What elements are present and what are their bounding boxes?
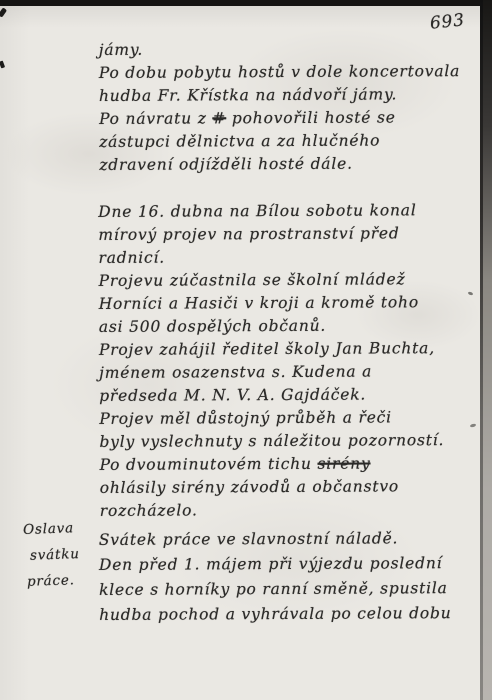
margin-note-line: práce. xyxy=(24,567,81,595)
scan-speck xyxy=(0,61,5,69)
handwritten-line: ohlásily sirény závodů a občanstvo xyxy=(100,475,445,500)
struck-word: # xyxy=(212,109,226,127)
handwritten-line: Svátek práce ve slavnostní náladě. xyxy=(99,526,451,553)
page-edge-line xyxy=(480,0,483,700)
margin-note-line: Oslava xyxy=(23,515,80,543)
handwritten-line: asi 500 dospělých občanů. xyxy=(99,314,444,339)
handwritten-line: klece s horníky po ranní směně, spustila xyxy=(99,576,451,603)
handwritten-line: mírový projev na prostranství před xyxy=(98,222,443,247)
handwritten-line: Projev zahájil ředitel školy Jan Buchta, xyxy=(99,337,444,362)
page-number: 693 xyxy=(429,10,466,34)
handwritten-line: jménem osazenstva s. Kudena a xyxy=(99,360,444,385)
handwritten-paragraph-1: jámy.Po dobu pobytu hostů v dole koncert… xyxy=(99,37,461,177)
handwritten-line: Projevu zúčastnila se školní mládež xyxy=(99,268,444,293)
page-edge-shadow xyxy=(483,0,492,700)
handwritten-line: Po dvouminutovém tichu sirény xyxy=(99,452,444,477)
handwritten-line: zástupci dělnictva a za hlučného xyxy=(99,129,460,154)
handwritten-line: Den před 1. májem při výjezdu poslední xyxy=(99,551,451,578)
handwritten-line: zdravení odjížděli hosté dále. xyxy=(99,152,460,177)
scan-speck xyxy=(468,291,474,296)
handwritten-line: radnicí. xyxy=(98,245,443,270)
scan-border-top xyxy=(0,0,492,6)
handwritten-line: jámy. xyxy=(99,37,460,62)
handwritten-line: hudba Fr. Křístka na nádvoří jámy. xyxy=(99,83,460,108)
handwritten-line: byly vyslechnuty s náležitou pozorností. xyxy=(99,429,444,454)
scan-speck xyxy=(0,7,7,17)
handwritten-line: Projev měl důstojný průběh a řeči xyxy=(99,406,444,431)
handwritten-line: Po návratu z # pohovořili hosté se xyxy=(99,106,460,131)
handwritten-line: hudba pochod a vyhrávala po celou dobu xyxy=(99,601,451,628)
handwritten-line: Dne 16. dubna na Bílou sobotu konal xyxy=(98,199,443,224)
handwritten-paragraph-3: Svátek práce ve slavnostní náladě.Den př… xyxy=(99,526,452,628)
scanned-chronicle-page: 693 Oslava svátku práce. jámy.Po dobu po… xyxy=(0,0,492,700)
margin-note-line: svátku xyxy=(24,541,81,569)
handwritten-line: předseda M. N. V. A. Gajdáček. xyxy=(99,383,444,408)
struck-word: sirény xyxy=(317,454,370,472)
handwritten-line: Horníci a Hasiči v kroji a kromě toho xyxy=(99,291,444,316)
handwritten-paragraph-2: Dne 16. dubna na Bílou sobotu konalmírov… xyxy=(98,199,445,523)
scan-speck xyxy=(470,423,477,427)
margin-note: Oslava svátku práce. xyxy=(23,515,81,595)
handwritten-line: Po dobu pobytu hostů v dole koncertovala xyxy=(99,60,460,85)
handwritten-line: rozcházelo. xyxy=(100,498,445,523)
